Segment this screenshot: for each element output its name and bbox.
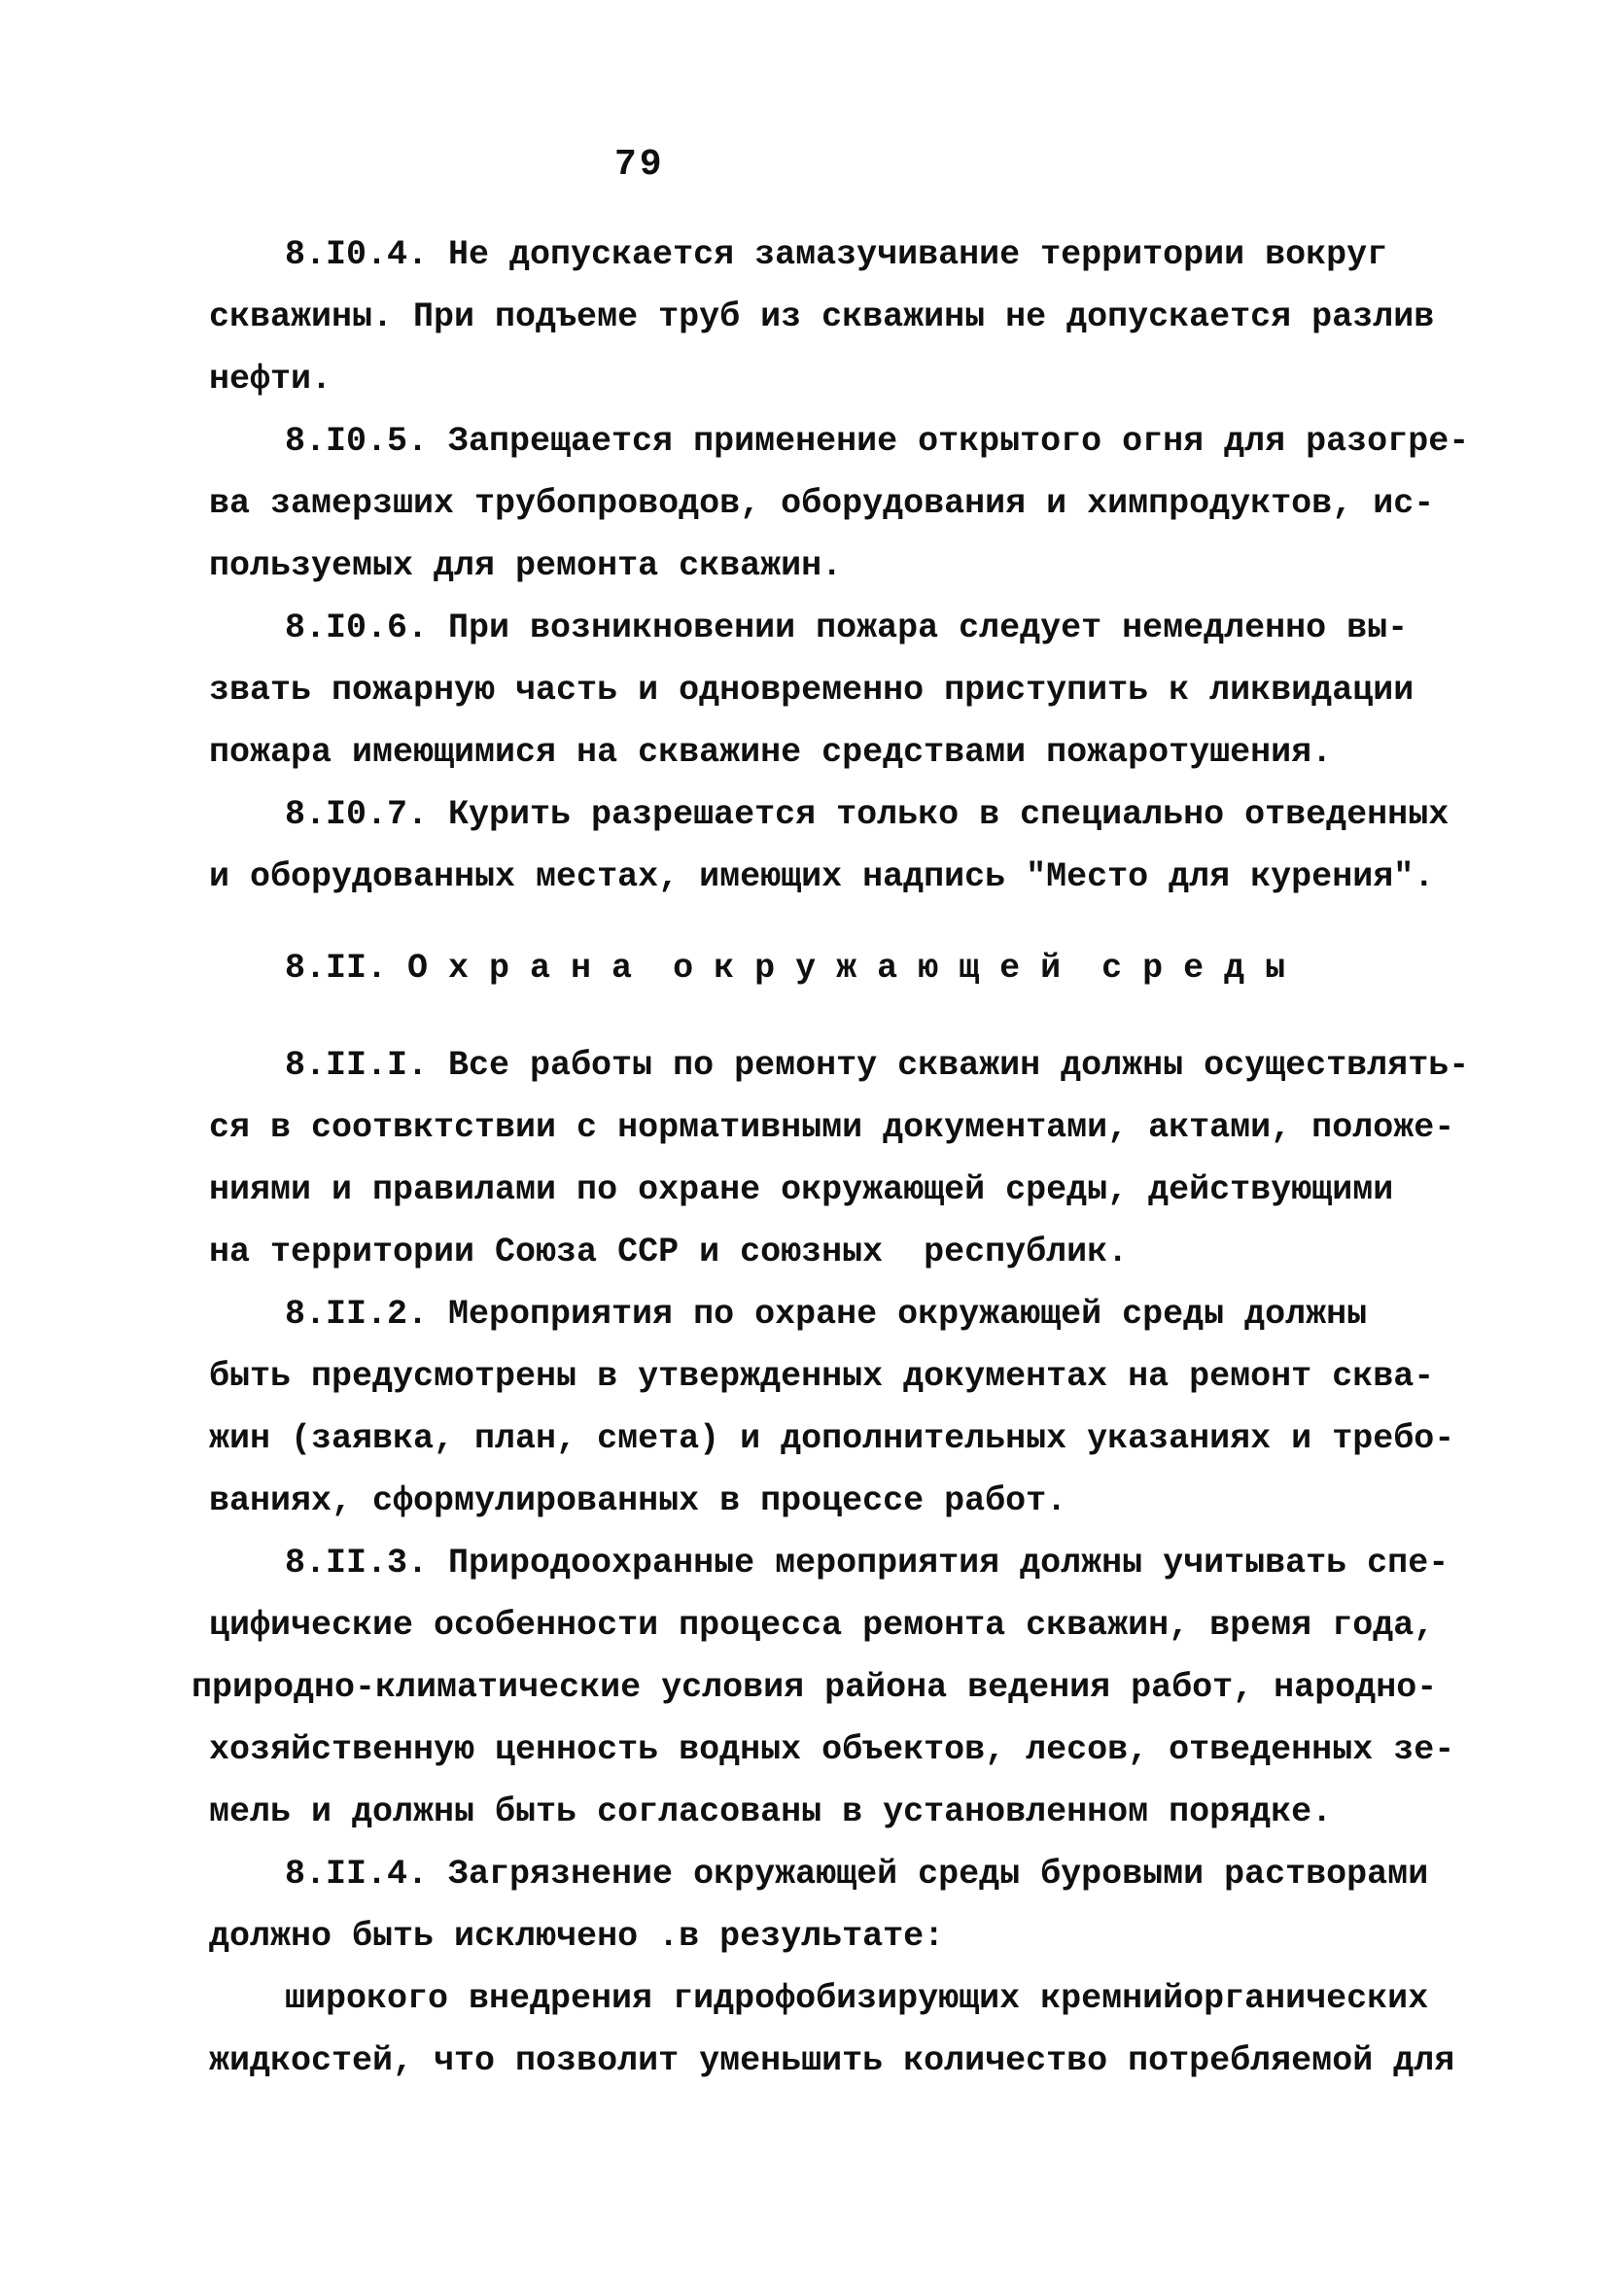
paragraph-8-10-5-line-2: ва замерзших трубопроводов, оборудования… [209, 472, 1512, 535]
paragraph-8-11-3-line-2: цифические особенности процесса ремонта … [209, 1594, 1512, 1656]
paragraph-8-11-2-line-2: быть предусмотрены в утвержденных докуме… [209, 1345, 1512, 1408]
paragraph-8-10-4-line-3: нефти. [209, 348, 1512, 410]
paragraph-8-11-3-line-4: хозяйственную ценность водных объектов, … [209, 1719, 1512, 1781]
paragraph-8-11-4-sub-line-1: широкого внедрения гидрофобизирующих кре… [209, 1967, 1512, 2030]
paragraph-8-10-6-line-2: звать пожарную часть и одновременно прис… [209, 659, 1512, 721]
paragraph-8-11-4-line-1: 8.II.4. Загрязнение окружающей среды бур… [209, 1843, 1512, 1905]
paragraph-8-10-5-line-3: пользуемых для ремонта скважин. [209, 535, 1512, 597]
paragraph-8-11-2-line-4: ваниях, сформулированных в процессе рабо… [209, 1470, 1512, 1532]
text-block: 8.I0.4. Не допускается замазучивание тер… [209, 224, 1512, 2092]
paragraph-8-10-6-line-1: 8.I0.6. При возникновении пожара следует… [209, 597, 1512, 659]
paragraph-8-10-7-line-2: и оборудованных местах, имеющих надпись … [209, 846, 1512, 908]
paragraph-8-10-7-line-1: 8.I0.7. Курить разрешается только в спец… [209, 783, 1512, 846]
paragraph-8-11-3-line-5: мель и должны быть согласованы в установ… [209, 1781, 1512, 1843]
paragraph-8-11-1-line-3: ниями и правилами по охране окружающей с… [209, 1159, 1512, 1221]
paragraph-8-11-1-line-2: ся в соотвктствии с нормативными докумен… [209, 1096, 1512, 1159]
paragraph-8-11-1-line-1: 8.II.I. Все работы по ремонту скважин до… [209, 1034, 1512, 1096]
paragraph-8-11-2-line-1: 8.II.2. Мероприятия по охране окружающей… [209, 1283, 1512, 1345]
paragraph-8-10-6-line-3: пожара имеющимися на скважине средствами… [209, 721, 1512, 783]
paragraph-8-11-2-line-3: жин (заявка, план, смета) и дополнительн… [209, 1408, 1512, 1470]
paragraph-8-11-3-line-1: 8.II.3. Природоохранные мероприятия долж… [209, 1532, 1512, 1594]
paragraph-8-10-5-line-1: 8.I0.5. Запрещается применение открытого… [209, 410, 1512, 472]
document-page: 79 8.I0.4. Не допускается замазучивание … [0, 0, 1607, 2296]
paragraph-8-10-4-line-2: скважины. При подъеме труб из скважины н… [209, 286, 1512, 348]
paragraph-8-11-3-line-3: природно-климатические условия района ве… [192, 1656, 1512, 1719]
paragraph-8-11-4-sub-line-2: жидкостей, что позволит уменьшить количе… [209, 2030, 1512, 2092]
page-number: 79 [614, 144, 665, 186]
paragraph-8-10-4-line-1: 8.I0.4. Не допускается замазучивание тер… [209, 224, 1512, 286]
paragraph-8-11-1-line-4: на территории Союза ССР и союзных респуб… [209, 1221, 1512, 1283]
section-heading-8-11: 8.II. О х р а н а о к р у ж а ю щ е й с … [209, 937, 1512, 999]
paragraph-8-11-4-line-2: должно быть исключено .в результате: [209, 1905, 1512, 1967]
